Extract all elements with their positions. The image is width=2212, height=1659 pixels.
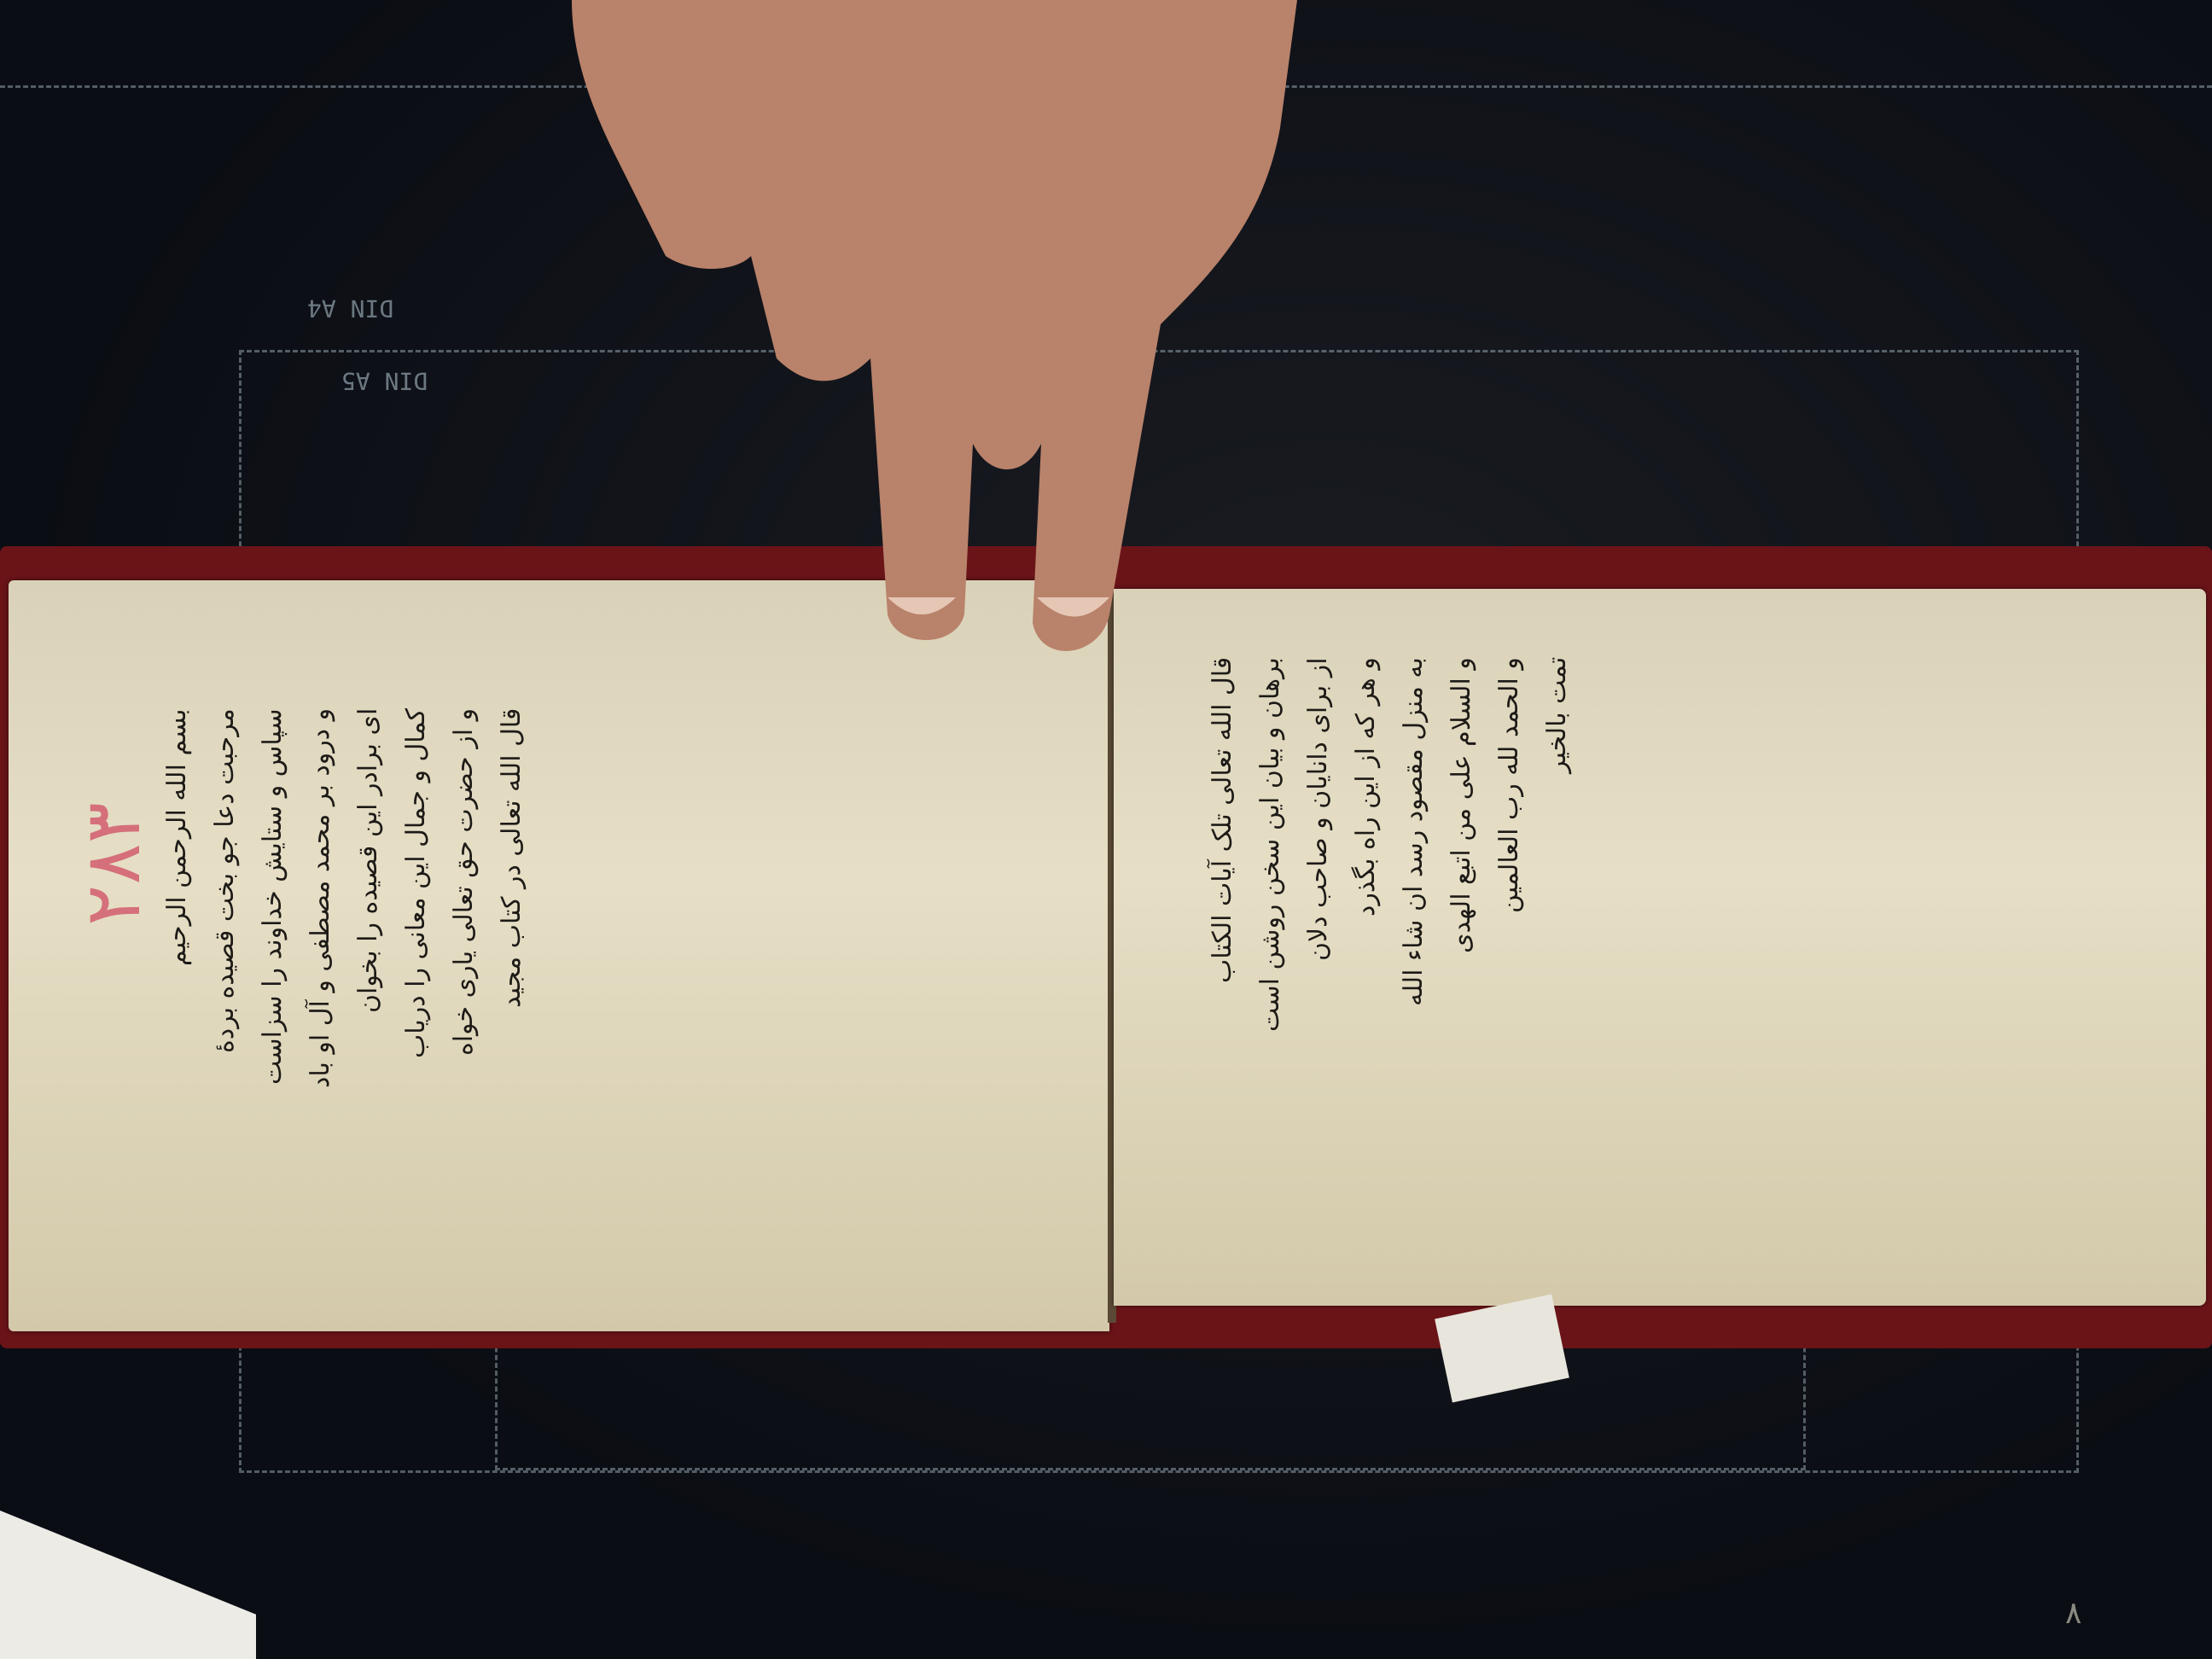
text-line: و درود بر محمد مصطفی و آل او باد bbox=[297, 708, 345, 1306]
text-line: و از حضرت حق تعالی یاری خواه bbox=[440, 708, 488, 1306]
manuscript-right-page: قال الله تعالی تلک آیات الکتاب برهان و ب… bbox=[1114, 589, 2206, 1306]
text-line: برهان و بیان این سخن روشن است bbox=[1247, 657, 1295, 1254]
text-line: قال الله تعالی تلک آیات الکتاب bbox=[1199, 657, 1247, 1254]
text-line: و السلام علی من اتبع الهدی bbox=[1438, 657, 1486, 1254]
mat-guide-inner bbox=[495, 1331, 1806, 1470]
text-line: و هر که از این راه بگذرد bbox=[1342, 657, 1390, 1254]
text-line: از برای دانایان و صاحب دلان bbox=[1295, 657, 1342, 1254]
mat-label-a4: DIN A4 bbox=[307, 294, 393, 323]
text-line: بسم الله الرحمن الرحیم bbox=[154, 708, 201, 1306]
corner-mark: ۸ bbox=[2065, 1596, 2081, 1631]
manuscript-left-page: بسم الله الرحمن الرحیم مرحبت دعا جو بخت … bbox=[9, 580, 1109, 1331]
text-line: ای برادر این قصیده را بخوان bbox=[345, 708, 393, 1306]
text-line: تمت بالخیر bbox=[1534, 657, 1581, 1254]
text-line: قال الله تعالی در کتاب مجید bbox=[488, 708, 536, 1306]
text-line: کمال و جمال این معانی را دریاب bbox=[393, 708, 440, 1306]
left-page-text: بسم الله الرحمن الرحیم مرحبت دعا جو بخت … bbox=[154, 708, 1024, 1306]
text-line: به منزل مقصود رسد ان شاء الله bbox=[1390, 657, 1438, 1254]
mat-label-a5: DIN A5 bbox=[341, 367, 428, 395]
red-pencil-folio-number: ۲۸۳ bbox=[68, 802, 158, 926]
text-line: و الحمد لله رب العالمین bbox=[1486, 657, 1534, 1254]
hand bbox=[563, 0, 1297, 666]
right-page-text: قال الله تعالی تلک آیات الکتاب برهان و ب… bbox=[1199, 657, 2138, 1254]
text-line: مرحبت دعا جو بخت قصیده بردهٔ bbox=[201, 708, 249, 1306]
text-line: سپاس و ستایش خداوند را سزاست bbox=[249, 708, 297, 1306]
